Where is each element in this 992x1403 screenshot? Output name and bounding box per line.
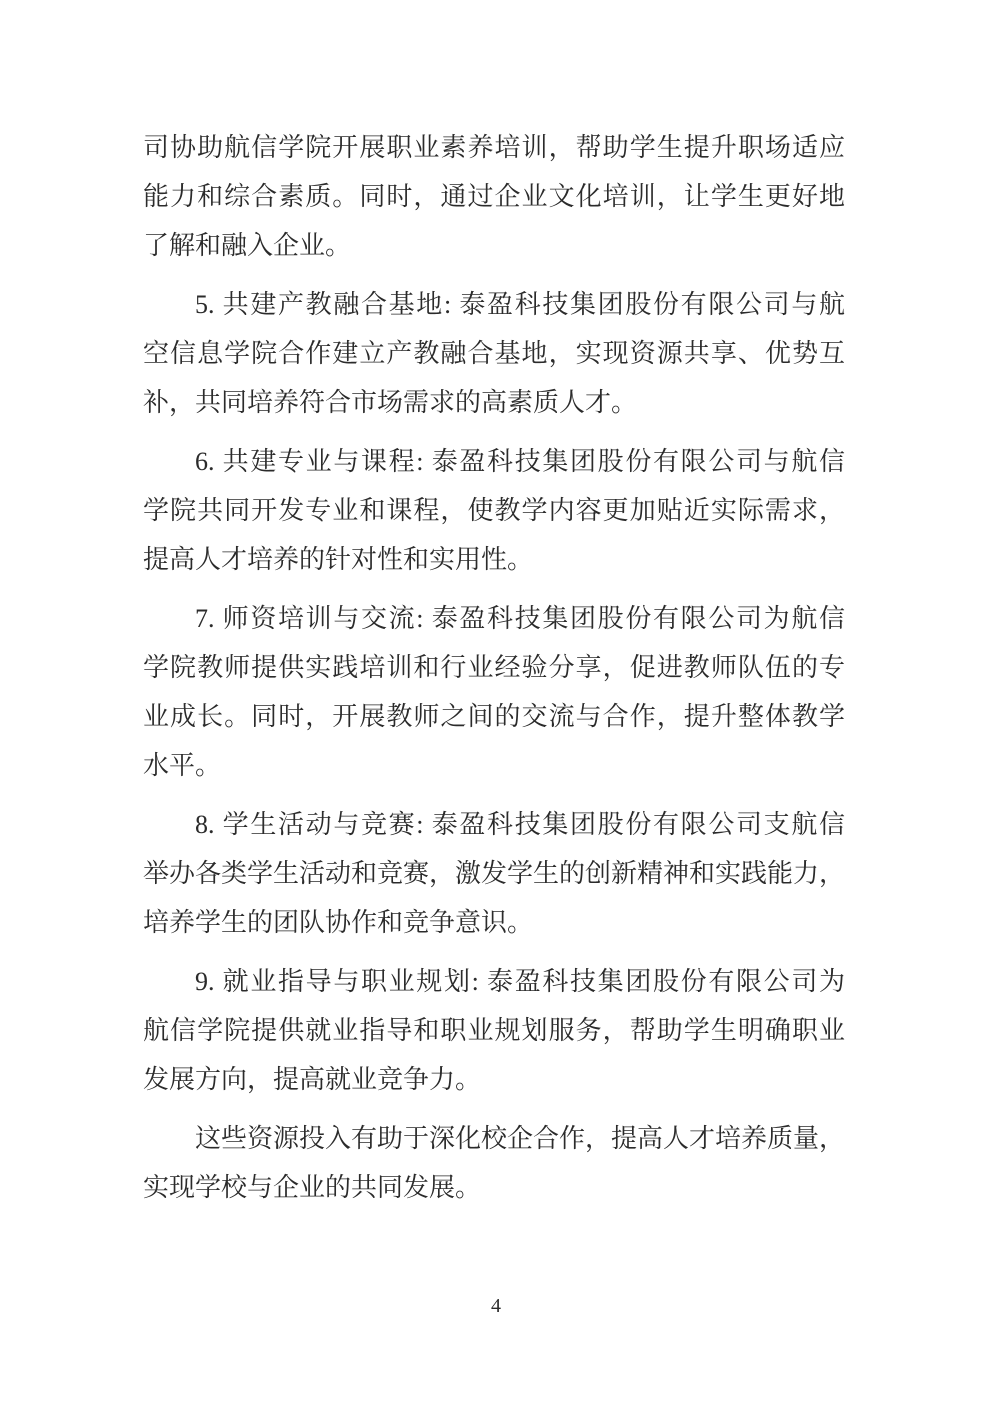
- paragraph-line: 这些资源投入有助于深化校企合作，提高人才培养质量，: [143, 1114, 845, 1163]
- paragraph-line: 空信息学院合作建立产教融合基地，实现资源共享、优势互: [143, 329, 845, 378]
- paragraph-line: 5. 共建产教融合基地: 泰盈科技集团股份有限公司与航: [143, 280, 845, 329]
- paragraph-line: 学院共同开发专业和课程，使教学内容更加贴近实际需求，: [143, 486, 845, 535]
- paragraph-line: 了解和融入企业。: [143, 221, 845, 270]
- paragraph: 司协助航信学院开展职业素养培训，帮助学生提升职场适应能力和综合素质。同时，通过企…: [143, 123, 845, 270]
- paragraph-line: 水平。: [143, 741, 845, 790]
- paragraph-line: 能力和综合素质。同时，通过企业文化培训，让学生更好地: [143, 172, 845, 221]
- paragraph: 6. 共建专业与课程: 泰盈科技集团股份有限公司与航信学院共同开发专业和课程，使…: [143, 437, 845, 584]
- paragraph-line: 司协助航信学院开展职业素养培训，帮助学生提升职场适应: [143, 123, 845, 172]
- paragraph: 这些资源投入有助于深化校企合作，提高人才培养质量，实现学校与企业的共同发展。: [143, 1114, 845, 1212]
- paragraph: 5. 共建产教融合基地: 泰盈科技集团股份有限公司与航空信息学院合作建立产教融合…: [143, 280, 845, 427]
- page-number: 4: [0, 1291, 992, 1321]
- paragraph: 7. 师资培训与交流: 泰盈科技集团股份有限公司为航信学院教师提供实践培训和行业…: [143, 594, 845, 790]
- paragraph-line: 业成长。同时，开展教师之间的交流与合作，提升整体教学: [143, 692, 845, 741]
- paragraph-line: 举办各类学生活动和竞赛，激发学生的创新精神和实践能力，: [143, 849, 845, 898]
- paragraph-line: 9. 就业指导与职业规划: 泰盈科技集团股份有限公司为: [143, 957, 845, 1006]
- document-body: 司协助航信学院开展职业素养培训，帮助学生提升职场适应能力和综合素质。同时，通过企…: [143, 123, 845, 1222]
- paragraph-line: 发展方向，提高就业竞争力。: [143, 1055, 845, 1104]
- paragraph-line: 培养学生的团队协作和竞争意识。: [143, 898, 845, 947]
- paragraph-line: 7. 师资培训与交流: 泰盈科技集团股份有限公司为航信: [143, 594, 845, 643]
- paragraph-line: 补，共同培养符合市场需求的高素质人才。: [143, 378, 845, 427]
- paragraph-line: 实现学校与企业的共同发展。: [143, 1163, 845, 1212]
- paragraph-line: 提高人才培养的针对性和实用性。: [143, 535, 845, 584]
- paragraph-line: 学院教师提供实践培训和行业经验分享，促进教师队伍的专: [143, 643, 845, 692]
- document-page: 司协助航信学院开展职业素养培训，帮助学生提升职场适应能力和综合素质。同时，通过企…: [0, 0, 992, 1403]
- paragraph-line: 6. 共建专业与课程: 泰盈科技集团股份有限公司与航信: [143, 437, 845, 486]
- paragraph: 9. 就业指导与职业规划: 泰盈科技集团股份有限公司为航信学院提供就业指导和职业…: [143, 957, 845, 1104]
- paragraph-line: 航信学院提供就业指导和职业规划服务，帮助学生明确职业: [143, 1006, 845, 1055]
- paragraph: 8. 学生活动与竞赛: 泰盈科技集团股份有限公司支航信举办各类学生活动和竞赛，激…: [143, 800, 845, 947]
- paragraph-line: 8. 学生活动与竞赛: 泰盈科技集团股份有限公司支航信: [143, 800, 845, 849]
